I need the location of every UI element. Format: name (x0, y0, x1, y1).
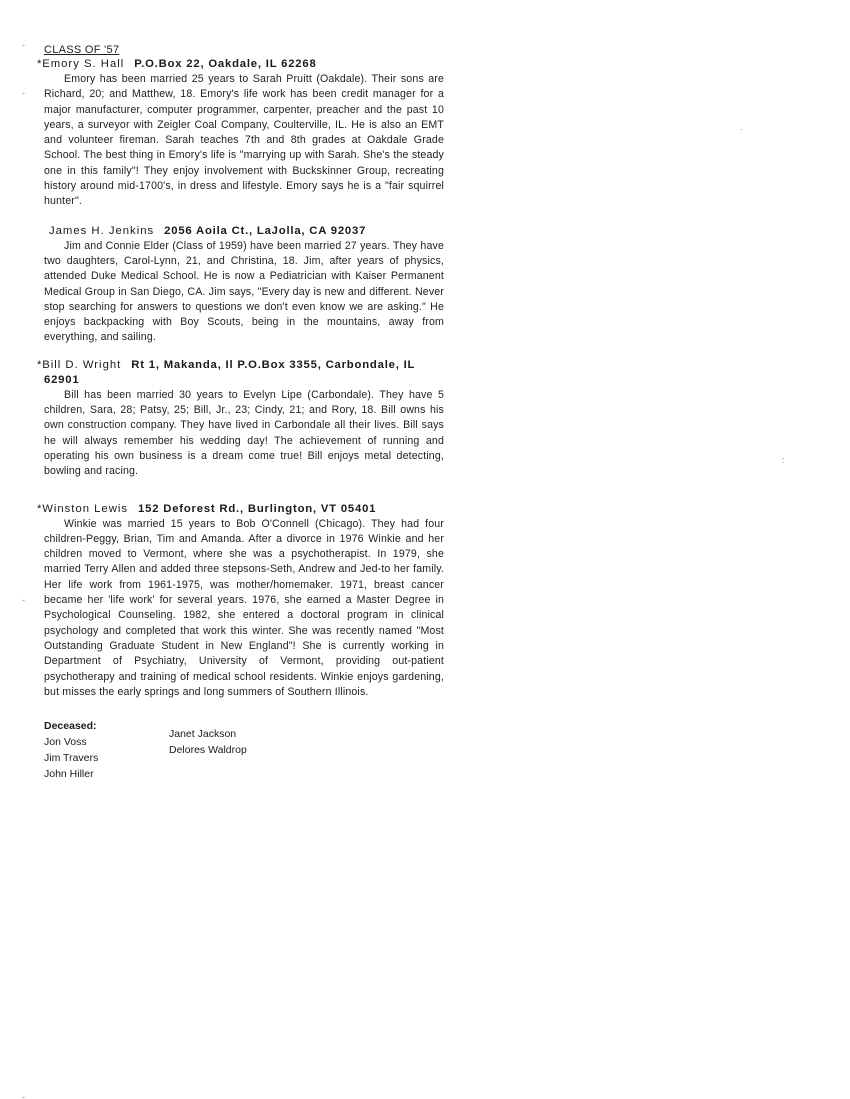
deceased-name: Delores Waldrop (169, 742, 294, 758)
classmate-address: P.O.Box 22, Oakdale, IL 62268 (134, 58, 316, 70)
scan-margin-mark: - (22, 1092, 25, 1099)
class-of-57-page: CLASS OF '57 *Emory S. HallP.O.Box 22, O… (44, 44, 444, 782)
classmate-address: 152 Deforest Rd., Burlington, VT 05401 (138, 503, 376, 515)
scan-margin-mark: - (22, 40, 25, 50)
deceased-name: Jim Travers (44, 750, 169, 766)
classmate-entry-wright: *Bill D. WrightRt 1, Makanda, Il P.O.Box… (44, 358, 444, 480)
deceased-section: Deceased: Jon Voss Jim Travers John Hill… (44, 718, 444, 782)
classmate-entry-jenkins: James H. Jenkins2056 Aoila Ct., LaJolla,… (44, 224, 444, 346)
entry-header: *Winston Lewis152 Deforest Rd., Burlingt… (44, 502, 444, 517)
entry-header: *Emory S. HallP.O.Box 22, Oakdale, IL 62… (44, 57, 444, 72)
classmate-entry-lewis: *Winston Lewis152 Deforest Rd., Burlingt… (44, 502, 444, 701)
classmate-entry-hall: *Emory S. HallP.O.Box 22, Oakdale, IL 62… (44, 57, 444, 210)
classmate-bio: Jim and Connie Elder (Class of 1959) hav… (44, 239, 444, 346)
classmate-bio: Winkie was married 15 years to Bob O'Con… (44, 517, 444, 701)
scan-margin-mark: - (22, 88, 25, 98)
deceased-name: Jon Voss (44, 734, 169, 750)
classmate-bio: Bill has been married 30 years to Evelyn… (44, 388, 444, 480)
entry-header: *Bill D. WrightRt 1, Makanda, Il P.O.Box… (44, 358, 444, 388)
scan-margin-mark: - (22, 595, 25, 605)
scan-margin-mark: · (740, 124, 743, 134)
classmate-name: James H. Jenkins (49, 225, 154, 237)
classmate-name: Emory S. Hall (42, 58, 124, 70)
entry-header: James H. Jenkins2056 Aoila Ct., LaJolla,… (44, 224, 444, 239)
classmate-name: Winston Lewis (42, 503, 128, 515)
deceased-column-2: Janet Jackson Delores Waldrop (169, 726, 294, 782)
classmate-bio: Emory has been married 25 years to Sarah… (44, 72, 444, 210)
deceased-list: Jon Voss Jim Travers John Hiller Janet J… (44, 734, 444, 782)
class-heading: CLASS OF '57 (44, 44, 444, 56)
classmate-name: Bill D. Wright (42, 359, 121, 371)
deceased-name: Janet Jackson (169, 726, 294, 742)
deceased-column-1: Jon Voss Jim Travers John Hiller (44, 734, 169, 782)
scan-margin-mark: : (782, 455, 785, 465)
deceased-name: John Hiller (44, 766, 169, 782)
classmate-address: 2056 Aoila Ct., LaJolla, CA 92037 (164, 225, 366, 237)
